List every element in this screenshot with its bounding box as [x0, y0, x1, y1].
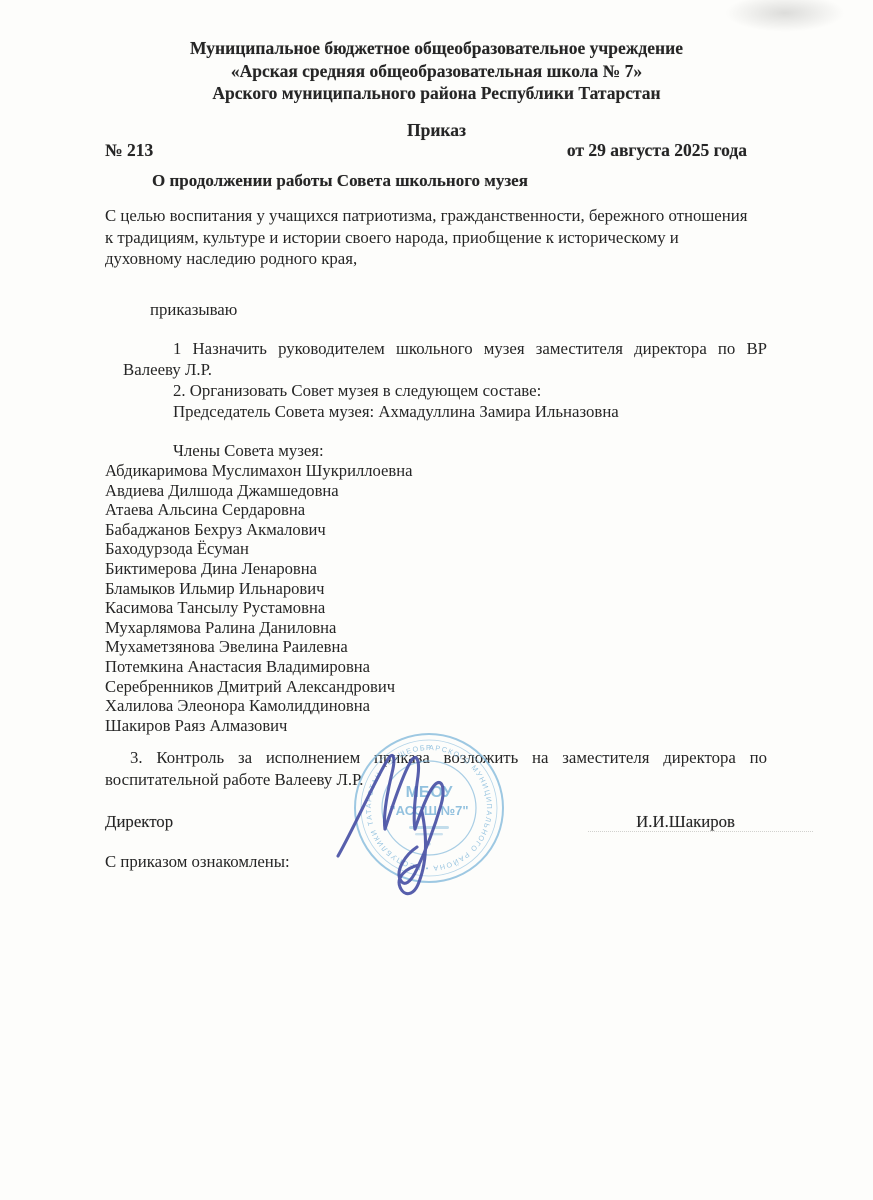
- member-name: Бламыков Ильмир Ильнарович: [105, 579, 605, 599]
- member-name: Мухарлямова Ралина Даниловна: [105, 618, 605, 638]
- member-name: Касимова Тансылу Рустамовна: [105, 598, 605, 618]
- order-subject: О продолжении работы Совета школьного му…: [152, 171, 528, 191]
- preamble-line: к традициям, культуре и истории своего н…: [105, 227, 771, 249]
- members-list: Абдикаримова Муслимахон ШукриллоевнаАвди…: [105, 461, 605, 735]
- item1-line2: Валееву Л.Р.: [105, 359, 767, 380]
- letterhead-line: Муниципальное бюджетное общеобразователь…: [0, 37, 873, 60]
- signature-stroke-2: [385, 757, 419, 829]
- acknowledged-label: С приказом ознакомлены:: [105, 852, 290, 872]
- member-name: Биктимерова Дина Ленаровна: [105, 559, 605, 579]
- letterhead: Муниципальное бюджетное общеобразователь…: [0, 37, 873, 105]
- member-name: Абдикаримова Муслимахон Шукриллоевна: [105, 461, 605, 481]
- signature-graphic: [334, 744, 466, 896]
- preamble-line: С целью воспитания у учащихся патриотизм…: [105, 205, 771, 227]
- order-title: Приказ: [0, 120, 873, 141]
- member-name: Авдиева Дилшода Джамшедовна: [105, 481, 605, 501]
- scan-artifact-smudge: [725, 0, 845, 32]
- member-name: Атаева Альсина Сердаровна: [105, 500, 605, 520]
- member-name: Мухаметзянова Эвелина Раилевна: [105, 637, 605, 657]
- signature-stroke-3: [399, 783, 443, 884]
- member-name: Бабаджанов Бехруз Акмалович: [105, 520, 605, 540]
- item1-line1: 1 Назначить руководителем школьного музе…: [105, 338, 767, 359]
- preamble: С целью воспитания у учащихся патриотизм…: [105, 205, 771, 270]
- director-name: И.И.Шакиров: [636, 812, 735, 832]
- letterhead-line: «Арская средняя общеобразовательная школ…: [0, 60, 873, 83]
- item2: 2. Организовать Совет музея в следующем …: [105, 380, 767, 401]
- scanned-order-document: Муниципальное бюджетное общеобразователь…: [0, 0, 873, 1200]
- order-date: от 29 августа 2025 года: [567, 140, 747, 161]
- number-date-row: № 213 от 29 августа 2025 года: [105, 140, 747, 161]
- signature-stroke-1: [338, 755, 394, 856]
- member-name: Серебренников Дмитрий Александрович: [105, 677, 605, 697]
- decree-word: приказываю: [150, 300, 237, 320]
- letterhead-line: Арского муниципального района Республики…: [0, 82, 873, 105]
- member-name: Халилова Элеонора Камолиддиновна: [105, 696, 605, 716]
- director-signature: [334, 744, 466, 896]
- order-items: 1 Назначить руководителем школьного музе…: [105, 338, 767, 422]
- chairman-line: Председатель Совета музея: Ахмадуллина З…: [105, 401, 767, 422]
- member-name: Потемкина Анастасия Владимировна: [105, 657, 605, 677]
- director-label: Директор: [105, 812, 173, 832]
- member-name: Баходурзода Ёсуман: [105, 539, 605, 559]
- members-heading: Члены Совета музея:: [173, 441, 324, 461]
- faint-dotted-line: [588, 831, 813, 832]
- order-number: № 213: [105, 140, 153, 161]
- preamble-line: духовному наследию родного края,: [105, 248, 771, 270]
